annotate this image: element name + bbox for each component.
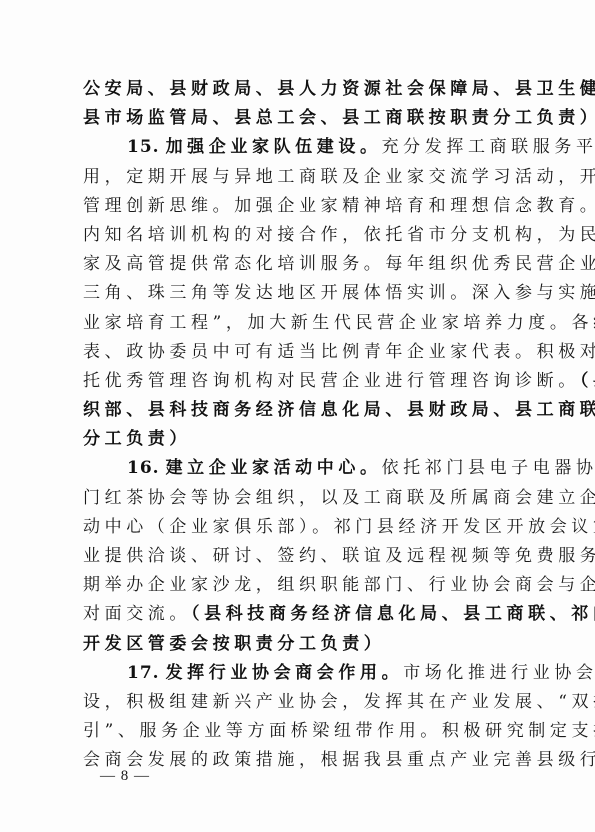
text-line: 业家培育工程”，加大新生代民营企业家培养力度。各级人大代 bbox=[83, 309, 529, 338]
body-text: 门红茶协会等协会组织，以及工商联及所属商会建立企业家活 bbox=[83, 488, 595, 508]
text-line: 设，积极组建新兴产业协会，发挥其在产业发展、“双招双 bbox=[83, 688, 529, 717]
body-text: 设，积极组建新兴产业协会，发挥其在产业发展、“双招双 bbox=[83, 692, 595, 712]
bold-text: 分工负责） bbox=[83, 429, 191, 449]
text-line: 内知名培训机构的对接合作，依托省市分支机构，为民营企业 bbox=[83, 221, 529, 250]
bold-text: 织部、县科技商务经济信息化局、县财政局、县工商联按职责 bbox=[83, 400, 595, 420]
body-text: 期举办企业家沙龙，组织职能部门、行业协会商会与企业家面 bbox=[83, 575, 595, 595]
body-text: 对面交流。 bbox=[83, 604, 191, 624]
text-line: 用，定期开展与异地工商联及企业家交流学习活动，开拓企业 bbox=[83, 163, 529, 192]
body-text: 充分发挥工商联服务平台作 bbox=[382, 137, 595, 157]
bold-text: 开发区管委会按职责分工负责） bbox=[83, 634, 385, 654]
page-number: — 8 — bbox=[100, 768, 150, 785]
bold-text: 加强企业家队伍建设。 bbox=[166, 137, 382, 157]
body-text: 托优秀管理咨询机构对民营企业进行管理咨询诊断。 bbox=[83, 371, 580, 391]
document-body: 公安局、县财政局、县人力资源社会保障局、县卫生健康委、县市场监管局、县总工会、县… bbox=[83, 75, 529, 776]
body-text: 引”、服务企业等方面桥梁纽带作用。积极研究制定支持行业协 bbox=[83, 721, 595, 741]
text-line: 家及高管提供常态化培训服务。每年组织优秀民营企业家到长 bbox=[83, 250, 529, 279]
body-text: 动中心（企业家俱乐部）。祁门县经济开发区开放会议室，为企 bbox=[83, 517, 595, 537]
body-text: 会商会发展的政策措施，根据我县重点产业完善县级行业协会 bbox=[83, 750, 595, 770]
bold-text: （县科技商务经济信息化局、县工商联、祁门经济 bbox=[191, 604, 595, 624]
body-text: 用，定期开展与异地工商联及企业家交流学习活动，开拓企业 bbox=[83, 167, 595, 187]
document-page: 公安局、县财政局、县人力资源社会保障局、县卫生健康委、县市场监管局、县总工会、县… bbox=[0, 0, 595, 832]
body-text: 内知名培训机构的对接合作，依托省市分支机构，为民营企业 bbox=[83, 225, 595, 245]
text-line: 织部、县科技商务经济信息化局、县财政局、县工商联按职责 bbox=[83, 396, 529, 425]
body-text: 管理创新思维。加强企业家精神培育和理想信念教育。加强国 bbox=[83, 196, 595, 216]
text-line: 16.建立企业家活动中心。依托祁门县电子电器协会、祁 bbox=[83, 454, 529, 483]
bold-text: （县委组 bbox=[580, 371, 595, 391]
text-line: 公安局、县财政局、县人力资源社会保障局、县卫生健康委、 bbox=[83, 75, 529, 104]
body-text: 三角、珠三角等发达地区开展体悟实训。深入参与实施“民营企 bbox=[83, 283, 595, 303]
item-number: 16. bbox=[127, 458, 160, 478]
text-line: 对面交流。（县科技商务经济信息化局、县工商联、祁门经济 bbox=[83, 600, 529, 629]
body-text: 表、政协委员中可有适当比例青年企业家代表。积极对接并委 bbox=[83, 342, 595, 362]
body-text: 市场化推进行业协会商会建 bbox=[403, 663, 595, 683]
bold-text: 公安局、县财政局、县人力资源社会保障局、县卫生健康委、 bbox=[83, 79, 595, 99]
text-line: 开发区管委会按职责分工负责） bbox=[83, 630, 529, 659]
item-number: 15. bbox=[127, 137, 160, 157]
text-line: 托优秀管理咨询机构对民营企业进行管理咨询诊断。（县委组 bbox=[83, 367, 529, 396]
bold-text: 发挥行业协会商会作用。 bbox=[166, 663, 404, 683]
body-text: 业提供洽谈、研讨、签约、联谊及远程视频等免费服务。不定 bbox=[83, 546, 595, 566]
bold-text: 建立企业家活动中心。 bbox=[166, 458, 382, 478]
text-line: 动中心（企业家俱乐部）。祁门县经济开发区开放会议室，为企 bbox=[83, 513, 529, 542]
text-line: 15.加强企业家队伍建设。充分发挥工商联服务平台作 bbox=[83, 133, 529, 162]
text-line: 表、政协委员中可有适当比例青年企业家代表。积极对接并委 bbox=[83, 338, 529, 367]
bold-text: 县市场监管局、县总工会、县工商联按职责分工负责） bbox=[83, 108, 595, 128]
text-line: 分工负责） bbox=[83, 425, 529, 454]
item-number: 17. bbox=[127, 663, 160, 683]
text-line: 业提供洽谈、研讨、签约、联谊及远程视频等免费服务。不定 bbox=[83, 542, 529, 571]
body-text: 家及高管提供常态化培训服务。每年组织优秀民营企业家到长 bbox=[83, 254, 595, 274]
body-text: 业家培育工程”，加大新生代民营企业家培养力度。各级人大代 bbox=[83, 313, 595, 333]
text-line: 门红茶协会等协会组织，以及工商联及所属商会建立企业家活 bbox=[83, 484, 529, 513]
text-line: 三角、珠三角等发达地区开展体悟实训。深入参与实施“民营企 bbox=[83, 279, 529, 308]
text-line: 17.发挥行业协会商会作用。市场化推进行业协会商会建 bbox=[83, 659, 529, 688]
text-line: 期举办企业家沙龙，组织职能部门、行业协会商会与企业家面 bbox=[83, 571, 529, 600]
text-line: 引”、服务企业等方面桥梁纽带作用。积极研究制定支持行业协 bbox=[83, 717, 529, 746]
text-line: 管理创新思维。加强企业家精神培育和理想信念教育。加强国 bbox=[83, 192, 529, 221]
body-text: 依托祁门县电子电器协会、祁 bbox=[382, 458, 595, 478]
text-line: 县市场监管局、县总工会、县工商联按职责分工负责） bbox=[83, 104, 529, 133]
